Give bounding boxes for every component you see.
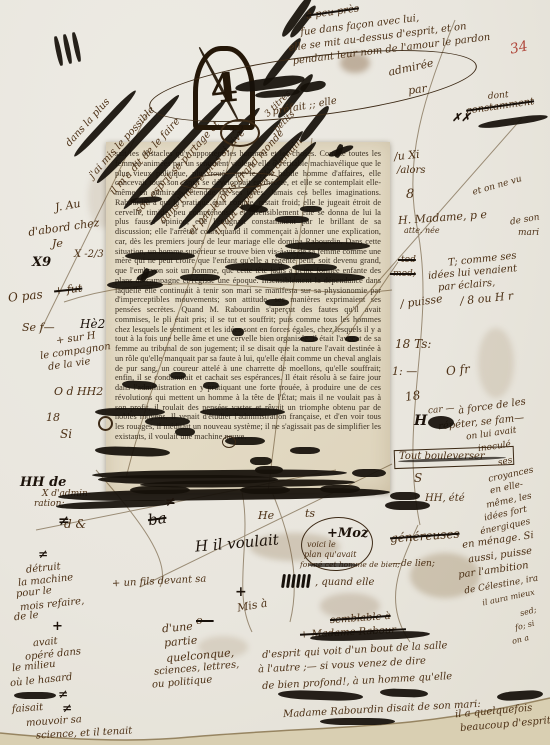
heavy-strike [352,469,386,477]
heavy-strike [278,690,363,702]
handwritten-note: o— [196,615,214,626]
handwritten-note: constamment [466,97,535,116]
ink-blot [300,206,322,212]
ink-blot [180,274,220,281]
ink-tally [71,32,82,62]
ink-blot [225,263,290,271]
circled-note: voici le [307,541,336,549]
margin-note: S [414,472,422,484]
ink-blot [255,273,365,282]
ink-blot [390,492,420,500]
margin-note: HH, été [425,494,465,504]
heavy-strike [497,689,544,701]
ink-mark: + [52,620,63,633]
margin-note: généreuses [390,528,460,545]
circled-note: plan qu'avait [304,551,356,559]
paper-stain [478,328,514,398]
margin-note: de son [509,213,540,227]
ink-blot [265,299,289,306]
handwritten-note: faisait [12,703,44,715]
margin-note: 18 [46,412,60,423]
margin-note: 8 [406,188,414,201]
handwritten-note: le milieu [12,660,57,675]
ink-mark: ≠ [62,702,72,714]
margin-note: d'abord chez [28,217,100,238]
handwritten-note: mouvoir sa [26,715,82,729]
ink-blot [232,328,244,336]
margin-note: J. Au [54,198,81,213]
handwritten-note: Madame Rabourdin disait de son mari: [283,700,481,720]
margin-note: Je [52,238,63,249]
ink-blot [300,336,318,342]
margin-note: /alors [397,166,425,176]
ink-blot [145,417,190,426]
ink-strike [14,692,56,699]
ink-strike [308,563,358,567]
margin-note: O d HH2 [54,386,103,397]
ink-blot [385,501,430,510]
handwritten-note: pour le [16,586,53,600]
handwritten-note: partie [164,635,198,649]
margin-note: + fut [54,283,83,297]
handwritten-note: d'une [162,621,194,635]
circled-mark-text: +2 [229,126,244,136]
handwritten-note: Mis à [236,597,268,613]
margin-note: 1: — [392,366,417,377]
heavy-strike [56,499,174,510]
handwritten-note: He [258,510,274,521]
margin-note: /u Xi [393,149,420,163]
ink-blot [292,264,337,271]
ink-mark: ≠ [38,548,48,560]
margin-note: -mod; [390,270,416,279]
handwritten-note: ba [147,511,167,528]
manuscript-proof-page: sait les obstacles qu'y apportent les ho… [0,0,550,745]
margin-note: Si [60,428,72,440]
handwritten-note: semblable à [330,612,391,626]
ink-blot [250,457,272,465]
page-number-red: 34 [509,38,530,57]
margin-note: O fr [445,363,470,377]
margin-note: / 8 ou H r [460,290,514,307]
handwritten-note: ts [305,508,315,519]
margin-note: X -2/3 [74,250,104,260]
margin-note: H. Madame, p e [398,209,488,226]
margin-note: ses [497,457,513,469]
handwritten-note: ou politique [152,675,213,690]
x-marks: ✗✗ [452,112,470,123]
margin-note: -tod [398,256,416,265]
ink-blot [285,242,370,250]
ink-blot [345,336,359,342]
ink-strike [320,718,395,725]
heavy-strike [380,688,428,698]
ink-mark: ≠ [58,688,68,700]
margin-note: X9 [32,256,51,269]
handwritten-note: par [407,83,427,97]
margin-note: et on ne vu [472,175,523,198]
handwritten-note: science, et il tenait [36,726,133,741]
ink-mark: + [235,585,247,599]
margin-note: 18 [404,389,421,403]
ink-strike [478,113,548,130]
circled-mark [98,416,113,431]
tally-mark [306,574,311,588]
handwritten-note: de le [14,611,40,624]
margin-note: H [414,414,427,428]
margin-note: fo; si [514,620,535,633]
ink-strike [95,408,165,416]
handwritten-note: , quand elle [315,578,374,588]
handwritten-note: + un fils devant sa [112,575,207,590]
margin-note: car — [428,405,455,417]
margin-note: on a [511,634,530,646]
ink-strike [200,408,285,416]
ink-blot [170,372,186,379]
margin-note: Se f— [22,322,55,333]
ink-blot [125,252,195,260]
margin-note: Hè2 [80,318,105,330]
margin-note: O pas [7,288,43,304]
ink-blot [275,216,309,223]
ink-blot [428,416,454,429]
margin-note: mari [518,229,539,238]
ink-mark: ≠ [58,514,70,528]
margin-note: atte. née [404,227,440,235]
margin-note: 18 Ts: [395,338,431,350]
ink-blot [203,382,219,389]
margin-note: / puisse [399,293,443,310]
margin-note: sed; [519,606,537,618]
ink-blot [290,447,320,454]
ink-mark: ≠ [165,496,176,509]
ink-blot [107,281,163,289]
handwritten-note: de bien profond!, à un homme qu'elle [262,672,453,692]
handwritten-note: avait [33,637,59,650]
ink-blot [275,252,320,259]
ink-blot [175,428,195,436]
circled-mark [222,436,236,448]
margin-note: HH de [20,476,66,489]
